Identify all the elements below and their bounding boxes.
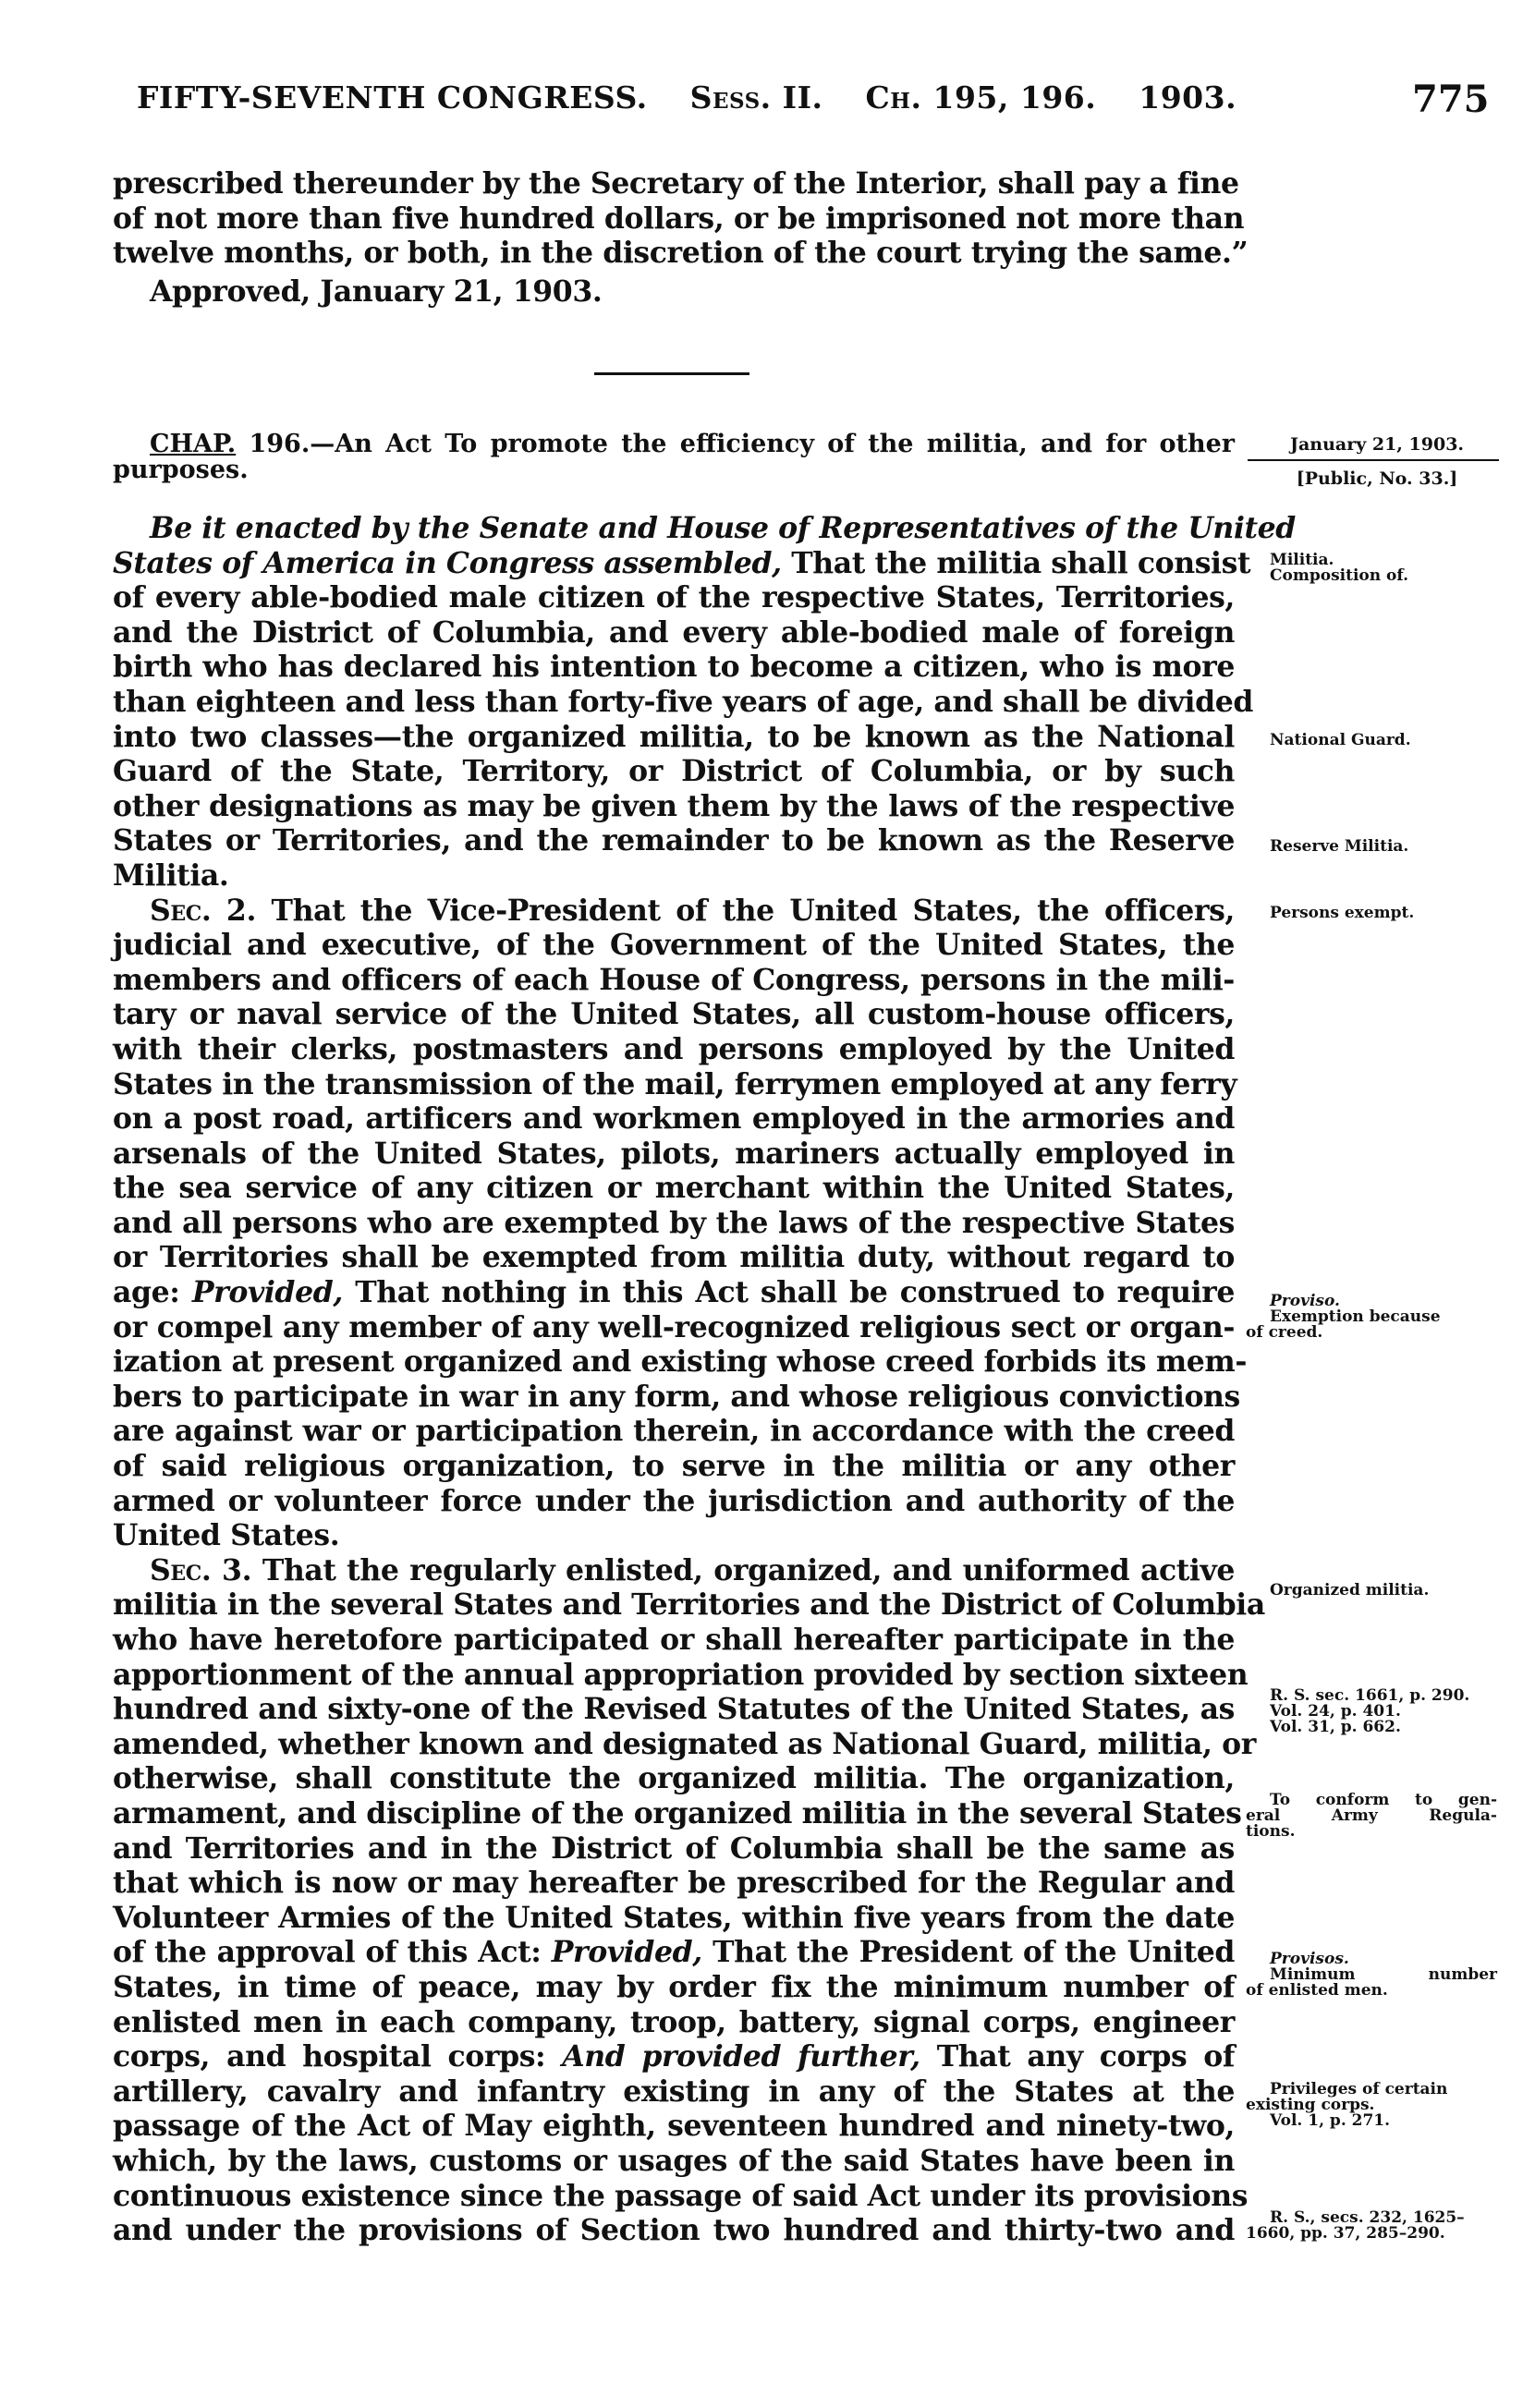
text-line: twelve months, or both, in the discretio… — [113, 236, 1235, 271]
section-text: That the Vice-President of the United St… — [256, 894, 1235, 928]
text-line: continuous existence since the passage o… — [113, 2179, 1235, 2214]
further-pre: corps, and hospital corps: — [113, 2039, 562, 2074]
margin-note-persons-exempt: Persons exempt. — [1246, 906, 1497, 921]
margin-note-army-regulations: To conform to gen- eral Army Regula- tio… — [1246, 1793, 1497, 1840]
chapter-title-line-2: purposes. — [113, 457, 1235, 483]
proviso-pre: age: — [113, 1275, 192, 1309]
text-line: Volunteer Armies of the United States, w… — [113, 1901, 1235, 1936]
chapter-heading: CHAP. 196.—An Act To promote the efficie… — [113, 432, 1235, 483]
text-line: and under the provisions of Section two … — [113, 2213, 1235, 2248]
chapter-divider-rule — [594, 372, 749, 375]
text-line: which, by the laws, customs or usages of… — [113, 2144, 1235, 2179]
text-line: of every able-bodied male citizen of the… — [113, 580, 1235, 615]
text-line: with their clerks, postmasters and perso… — [113, 1032, 1235, 1067]
proviso-word: Provided, — [552, 1935, 702, 1969]
further-proviso-line: corps, and hospital corps: And provided … — [113, 2039, 1235, 2074]
note-line: Vol. 31, p. 662. — [1246, 1720, 1497, 1735]
page-number: 775 — [1412, 78, 1490, 121]
note-line: of creed. — [1246, 1325, 1497, 1341]
note-line: tions. — [1246, 1824, 1497, 1840]
text-line: prescribed thereunder by the Secretary o… — [113, 166, 1235, 201]
chapter-title: —An Act To promote the efficiency of the… — [310, 430, 1235, 458]
note-line: 1660, pp. 37, 285–290. — [1246, 2226, 1497, 2242]
proviso-post: That the President of the United — [702, 1935, 1235, 1969]
text-line: militia in the several States and Territ… — [113, 1587, 1235, 1623]
header-congress: FIFTY-SEVENTH CONGRESS. — [137, 79, 648, 116]
text-line: are against war or participation therein… — [113, 1414, 1235, 1449]
text-line: armament, and discipline of the organize… — [113, 1796, 1235, 1831]
margin-note-exemption-creed: Proviso. Exemption because of creed. — [1246, 1294, 1497, 1341]
text-line: on a post road, artificers and workmen e… — [113, 1101, 1235, 1137]
margin-note-national-guard: National Guard. — [1246, 733, 1497, 748]
text-line: other designations as may be given them … — [113, 789, 1235, 824]
margin-note-citations: R. S. sec. 1661, p. 290. Vol. 24, p. 401… — [1246, 1688, 1497, 1735]
text-line: than eighteen and less than forty-five y… — [113, 685, 1235, 720]
text-line: amended, whether known and designated as… — [113, 1727, 1235, 1762]
text-line: bers to participate in war in any form, … — [113, 1380, 1235, 1415]
section-text: That the regularly enlisted, organized, … — [251, 1553, 1235, 1587]
margin-note-privileges-corps: Privileges of certain existing corps. Vo… — [1246, 2082, 1497, 2129]
previous-chapter-text: prescribed thereunder by the Secretary o… — [113, 166, 1235, 309]
note-line: Organized militia. — [1246, 1583, 1497, 1599]
text-line: hundred and sixty-one of the Revised Sta… — [113, 1692, 1235, 1727]
chapter-title-line: CHAP. 196.—An Act To promote the efficie… — [113, 432, 1235, 457]
note-line: National Guard. — [1246, 733, 1497, 748]
text-line: otherwise, shall constitute the organize… — [113, 1761, 1235, 1796]
text-line: and all persons who are exempted by the … — [113, 1206, 1235, 1241]
text-line: or compel any member of any well-recogni… — [113, 1310, 1235, 1345]
header-chapters: Ch. 195, 196. — [866, 79, 1097, 116]
chapter-label: CHAP. — [150, 430, 236, 458]
margin-note-organized-militia: Organized militia. — [1246, 1583, 1497, 1599]
margin-public-law-number: [Public, No. 33.] — [1266, 468, 1488, 489]
note-line: Reserve Militia. — [1246, 839, 1497, 855]
proviso-word: Provided, — [192, 1275, 343, 1309]
section-label: Sec. 2. — [150, 894, 256, 928]
text-line: or Territories shall be exempted from mi… — [113, 1240, 1235, 1275]
margin-note-militia-composition: Militia. Composition of. — [1246, 553, 1497, 584]
text-line: States, in time of peace, may by order f… — [113, 1970, 1235, 2005]
text-line: of not more than five hundred dollars, o… — [113, 201, 1235, 237]
text-line: that which is now or may hereafter be pr… — [113, 1866, 1235, 1901]
section-2-start: Sec. 2. That the Vice-President of the U… — [113, 894, 1235, 929]
proviso-line: age: Provided, That nothing in this Act … — [113, 1275, 1235, 1310]
text-line: members and officers of each House of Co… — [113, 963, 1235, 998]
note-line: Vol. 1, p. 271. — [1246, 2113, 1497, 2129]
margin-rule — [1248, 459, 1499, 461]
further-proviso-word: And provided further, — [562, 2039, 920, 2074]
enacting-clause-line-2: States of America in Congress assembled,… — [113, 546, 1235, 581]
note-line: Composition of. — [1246, 568, 1497, 584]
chapter-number: 196. — [249, 430, 310, 458]
proviso-pre: of the approval of this Act: — [113, 1935, 552, 1969]
text-line: armed or volunteer force under the juris… — [113, 1484, 1235, 1519]
enacting-clause-rest: That the militia shall consist — [782, 546, 1250, 580]
chapter-body: Be it enacted by the Senate and House of… — [113, 511, 1235, 2248]
enacting-clause-line-1: Be it enacted by the Senate and House of… — [113, 511, 1235, 546]
text-line: arsenals of the United States, pilots, m… — [113, 1137, 1235, 1172]
margin-note-reserve-militia: Reserve Militia. — [1246, 839, 1497, 855]
margin-note-minimum-enlisted: Provisos. Minimum number of enlisted men… — [1246, 1952, 1497, 1999]
enacting-clause-italic: States of America in Congress assembled, — [113, 546, 782, 580]
text-line: passage of the Act of May eighth, sevent… — [113, 2109, 1235, 2144]
section-label: Sec. 3. — [150, 1553, 251, 1587]
text-line: enlisted men in each company, troop, bat… — [113, 2005, 1235, 2040]
text-line: and the District of Columbia, and every … — [113, 615, 1235, 651]
note-line: Persons exempt. — [1246, 906, 1497, 921]
approval-date: Approved, January 21, 1903. — [113, 274, 1235, 310]
text-line: the sea service of any citizen or mercha… — [113, 1171, 1235, 1206]
text-line: of said religious organization, to serve… — [113, 1449, 1235, 1484]
further-post: That any corps of — [920, 2039, 1235, 2074]
running-header: FIFTY-SEVENTH CONGRESS. Sess. II. Ch. 19… — [137, 79, 1268, 116]
margin-approval-date: January 21, 1903. — [1266, 434, 1488, 455]
text-line: tary or naval service of the United Stat… — [113, 997, 1235, 1032]
text-line: Guard of the State, Territory, or Distri… — [113, 754, 1235, 789]
section-3-start: Sec. 3. That the regularly enlisted, org… — [113, 1553, 1235, 1588]
note-line: of enlisted men. — [1246, 1983, 1497, 1999]
text-line: and Territories and in the District of C… — [113, 1831, 1235, 1867]
margin-note-rs-sections: R. S., secs. 232, 1625– 1660, pp. 37, 28… — [1246, 2210, 1497, 2242]
text-line: birth who has declared his intention to … — [113, 650, 1235, 685]
text-line: into two classes—the organized militia, … — [113, 720, 1235, 755]
header-session: Sess. II. — [690, 79, 823, 116]
text-line: States in the transmission of the mail, … — [113, 1067, 1235, 1102]
proviso-post: That nothing in this Act shall be constr… — [343, 1275, 1235, 1309]
text-line: artillery, cavalry and infantry existing… — [113, 2074, 1235, 2110]
text-line: ization at present organized and existin… — [113, 1344, 1235, 1380]
text-line: who have heretofore participated or shal… — [113, 1623, 1235, 1658]
header-year: 1903. — [1139, 79, 1237, 116]
text-line: United States. — [113, 1518, 1235, 1553]
text-line: apportionment of the annual appropriatio… — [113, 1658, 1235, 1693]
text-line: States or Territories, and the remainder… — [113, 823, 1235, 858]
text-line: judicial and executive, of the Governmen… — [113, 928, 1235, 963]
proviso-line: of the approval of this Act: Provided, T… — [113, 1935, 1235, 1970]
text-line: Militia. — [113, 858, 1235, 894]
